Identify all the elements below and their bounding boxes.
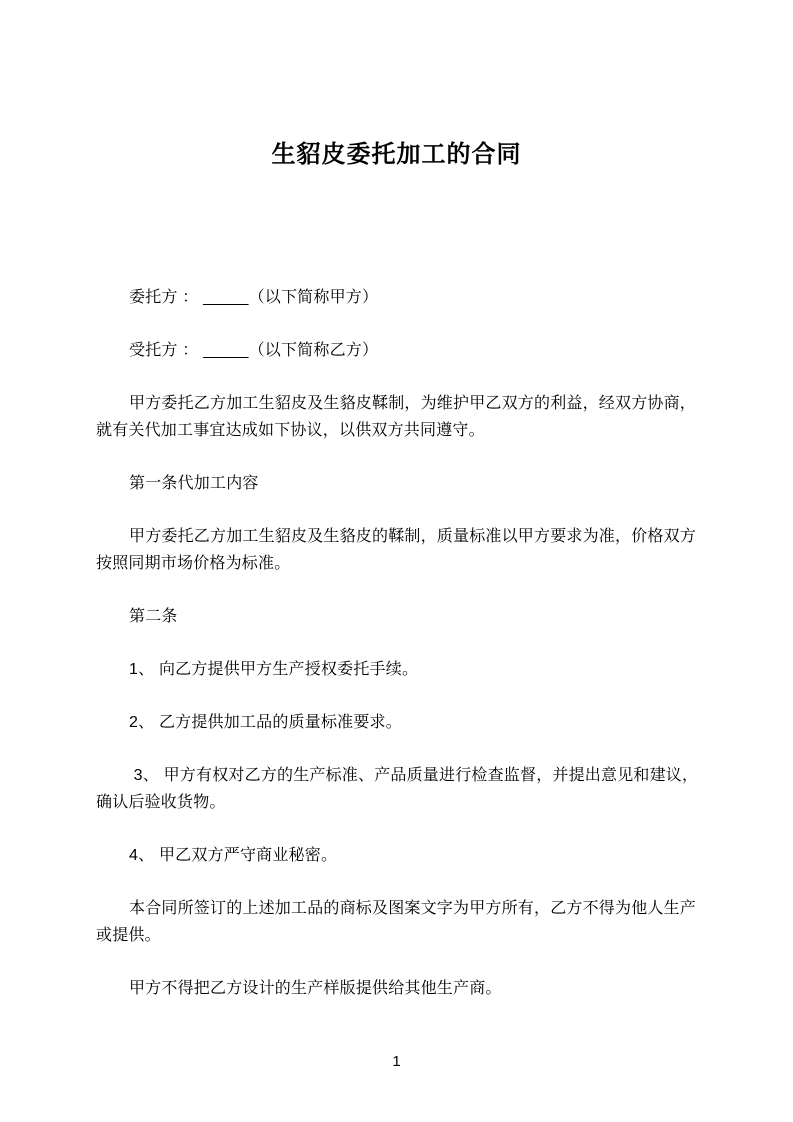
- paragraph-entrusted-party: 受托方 ： _____（以下简称乙方）: [96, 337, 697, 364]
- paragraph-line: 4、 甲乙双方严守商业秘密。: [96, 842, 697, 869]
- paragraph-article-2-heading: 第二条: [96, 603, 697, 630]
- paragraph-line: 委托方 ： _____（以下简称甲方）: [96, 284, 697, 311]
- paragraph-line: 第二条: [96, 603, 697, 630]
- paragraph-line: 就有关代加工事宜达成如下协议，以供双方共同遵守。: [96, 417, 697, 444]
- paragraph-line: 第一条代加工内容: [96, 470, 697, 497]
- paragraph-line: 受托方 ： _____（以下简称乙方）: [96, 337, 697, 364]
- paragraph-sample-clause: 甲方不得把乙方设计的生产样版提供给其他生产商。: [96, 975, 697, 1002]
- document-page: 生貂皮委托加工的合同 委托方 ： _____（以下简称甲方） 受托方 ： ___…: [0, 0, 793, 1122]
- paragraph-line: 2、 乙方提供加工品的质量标准要求。: [96, 709, 697, 736]
- page-number: 1: [392, 1053, 400, 1070]
- paragraph-line: 1、 向乙方提供甲方生产授权委托手续。: [96, 656, 697, 683]
- paragraph-article-1-heading: 第一条代加工内容: [96, 470, 697, 497]
- paragraph-line: 甲方不得把乙方设计的生产样版提供给其他生产商。: [96, 975, 697, 1002]
- document-body: 委托方 ： _____（以下简称甲方） 受托方 ： _____（以下简称乙方） …: [96, 284, 697, 1002]
- paragraph-item-2: 2、 乙方提供加工品的质量标准要求。: [96, 709, 697, 736]
- paragraph-preamble: 甲方委托乙方加工生貂皮及生貉皮鞣制，为维护甲乙双方的利益，经双方协商， 就有关代…: [96, 390, 697, 444]
- document-title: 生貂皮委托加工的合同: [96, 141, 697, 169]
- paragraph-entrusting-party: 委托方 ： _____（以下简称甲方）: [96, 284, 697, 311]
- page-footer: 1: [0, 1050, 793, 1074]
- paragraph-line: 甲方委托乙方加工生貂皮及生貉皮鞣制，为维护甲乙双方的利益，经双方协商，: [96, 390, 697, 417]
- paragraph-line: 确认后验收货物。: [96, 789, 697, 816]
- paragraph-item-1: 1、 向乙方提供甲方生产授权委托手续。: [96, 656, 697, 683]
- paragraph-trademark-clause: 本合同所签订的上述加工品的商标及图案文字为甲方所有，乙方不得为他人生产 或提供。: [96, 895, 697, 949]
- paragraph-item-3: 3、 甲方有权对乙方的生产标准、产品质量进行检查监督，并提出意见和建议， 确认后…: [96, 762, 697, 816]
- paragraph-line: 本合同所签订的上述加工品的商标及图案文字为甲方所有，乙方不得为他人生产: [96, 895, 697, 922]
- paragraph-line: 甲方委托乙方加工生貂皮及生貉皮的鞣制，质量标准以甲方要求为准，价格双方: [96, 523, 697, 550]
- paragraph-line: 按照同期市场价格为标准。: [96, 550, 697, 577]
- paragraph-line: 3、 甲方有权对乙方的生产标准、产品质量进行检查监督，并提出意见和建议，: [96, 762, 697, 789]
- paragraph-line: 或提供。: [96, 922, 697, 949]
- paragraph-article-1-body: 甲方委托乙方加工生貂皮及生貉皮的鞣制，质量标准以甲方要求为准，价格双方 按照同期…: [96, 523, 697, 577]
- paragraph-item-4: 4、 甲乙双方严守商业秘密。: [96, 842, 697, 869]
